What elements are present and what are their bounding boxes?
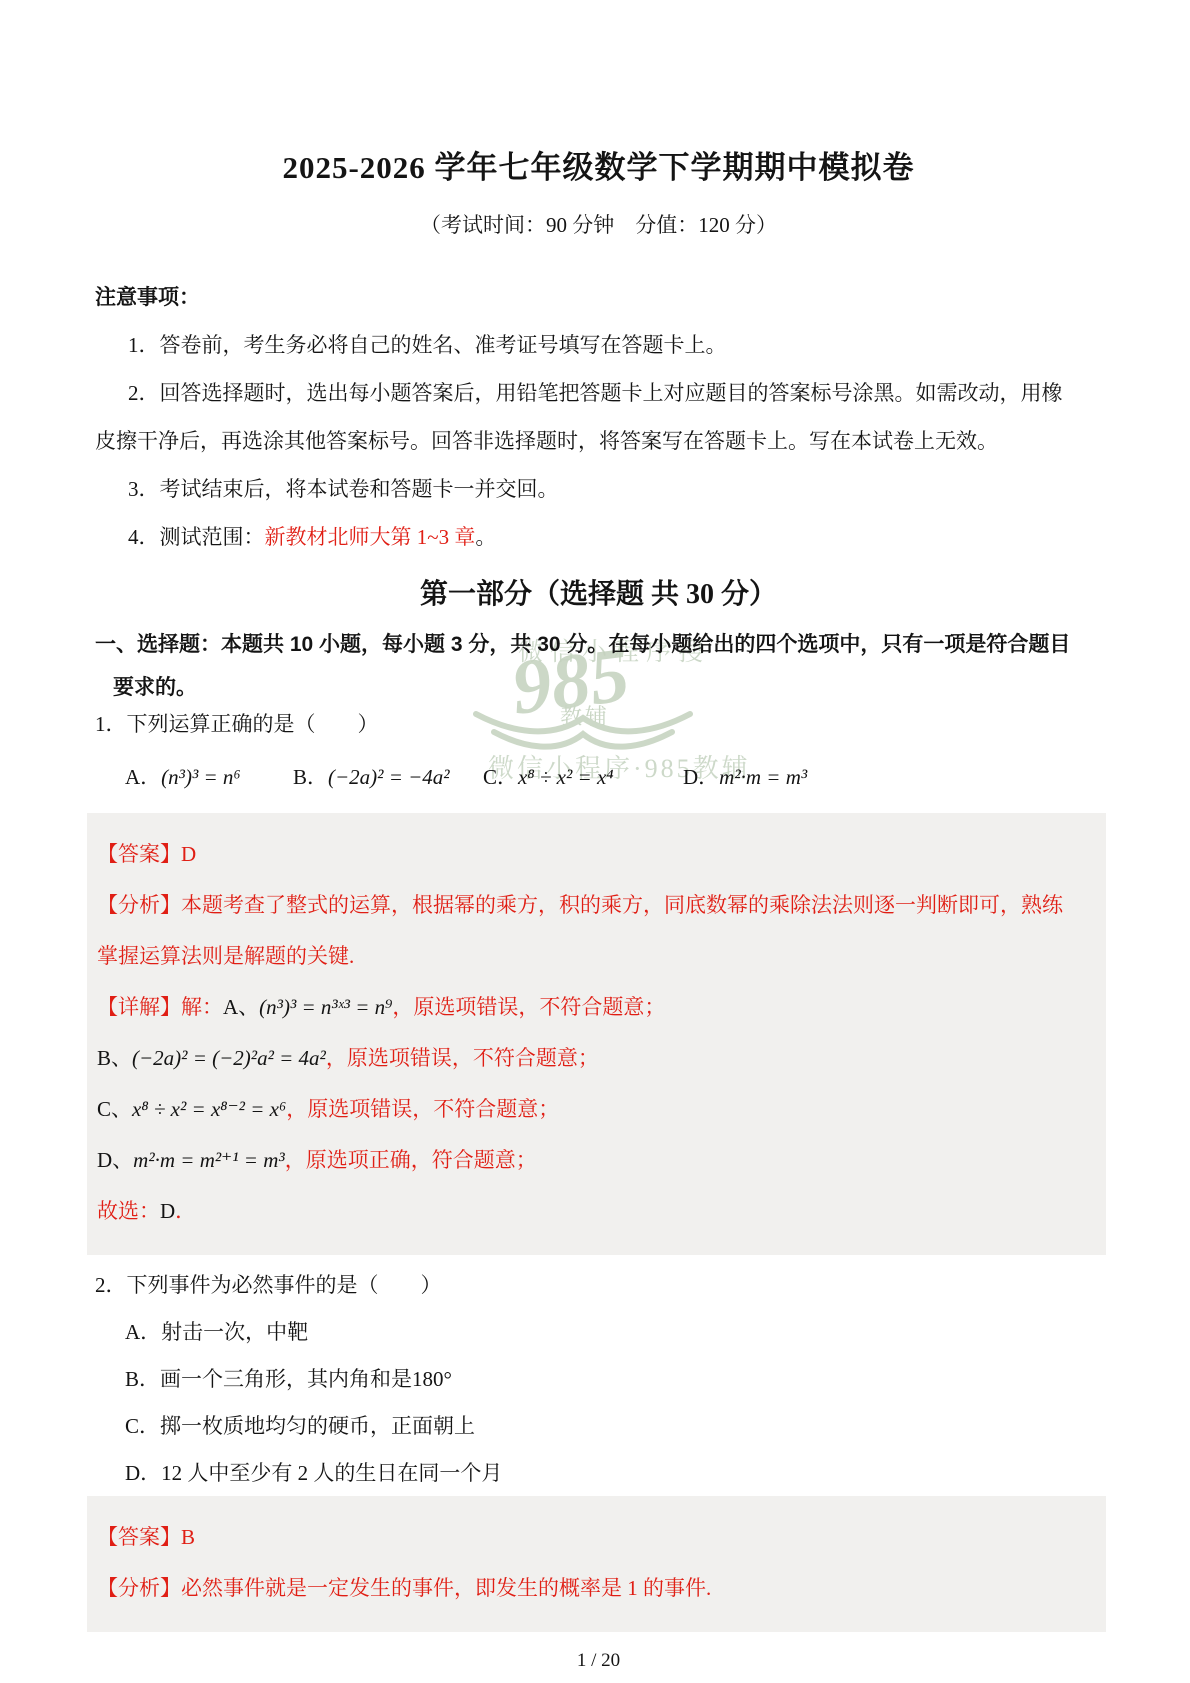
notice-item-4-suffix: 。 xyxy=(475,525,496,549)
page-title: 2025-2026 学年七年级数学下学期期中模拟卷 xyxy=(95,142,1102,187)
notice-item-1: 1．答卷前，考生务必将自己的姓名、准考证号填写在答题卡上。 xyxy=(95,331,1102,360)
detail-line-a: 【详解】解：A、(n³)³ = n³ˣ³ = n⁹，原选项错误，不符合题意； xyxy=(97,992,1094,1022)
analysis-text-1: 本题考查了整式的运算，根据幂的乘方，积的乘方，同底数幂的乘除法法则逐一判断即可，… xyxy=(181,893,1063,917)
option-d-label: D． xyxy=(683,765,719,789)
detail-b-formula: (−2a)² = (−2)²a² = 4a² xyxy=(132,1046,326,1070)
detail-c-comment: ，原选项错误，不符合题意； xyxy=(286,1097,559,1121)
option-a-label: A． xyxy=(125,765,161,789)
option-b: B．(−2a)² = −4a² xyxy=(293,761,450,791)
option-c-label: C． xyxy=(483,765,518,789)
detail-c-formula: x⁸ ÷ x² = x⁸⁻² = x⁶ xyxy=(132,1097,286,1121)
q2-answer-label: 【答案】 xyxy=(97,1525,181,1549)
detail-line-d: D、m²·m = m²⁺¹ = m³，原选项正确，符合题意； xyxy=(97,1145,1094,1175)
detail-line-b: B、(−2a)² = (−2)²a² = 4a²，原选项错误，不符合题意； xyxy=(97,1043,1094,1073)
document-content: 2025-2026 学年七年级数学下学期期中模拟卷 （考试时间：90 分钟 分值… xyxy=(0,142,1190,1672)
option-c: C．x⁸ ÷ x² = x⁴ xyxy=(483,761,614,791)
option-a-formula: (n³)³ = n⁶ xyxy=(161,765,241,789)
q2-answer-line: 【答案】B xyxy=(97,1522,1094,1552)
detail-d-option: D、 xyxy=(97,1148,133,1172)
q2-option-c-label: C． xyxy=(125,1414,160,1438)
q2-option-d: D．12 人中至少有 2 人的生日在同一个月 xyxy=(95,1459,1102,1488)
detail-d-formula: m²·m = m²⁺¹ = m³ xyxy=(133,1148,285,1172)
notices-heading: 注意事项： xyxy=(95,283,1102,312)
detail-d-comment: ，原选项正确，符合题意； xyxy=(285,1148,537,1172)
conclusion-period: ． xyxy=(175,1199,196,1223)
notice-item-4-scope: 新教材北师大第 1~3 章 xyxy=(265,525,476,549)
question-1-options: A．(n³)³ = n⁶ B．(−2a)² = −4a² C．x⁸ ÷ x² =… xyxy=(95,761,1102,801)
q2-option-a-label: A． xyxy=(125,1320,161,1344)
question-2-answer-block: 【答案】B 【分析】必然事件就是一定发生的事件，即发生的概率是 1 的事件. xyxy=(87,1496,1106,1632)
q2-option-b: B．画一个三角形，其内角和是180° xyxy=(95,1365,1102,1394)
conclusion-line: 故选：D． xyxy=(97,1196,1094,1226)
q2-option-c-text: 掷一枚质地均匀的硬币，正面朝上 xyxy=(160,1414,475,1438)
question-2-stem: 2．下列事件为必然事件的是（ ） xyxy=(95,1271,1102,1300)
detail-b-option: B、 xyxy=(97,1046,132,1070)
q2-analysis-line: 【分析】必然事件就是一定发生的事件，即发生的概率是 1 的事件. xyxy=(97,1573,1094,1603)
q2-option-a-text: 射击一次，中靶 xyxy=(161,1320,308,1344)
option-a: A．(n³)³ = n⁶ xyxy=(125,761,241,791)
conclusion-label: 故选： xyxy=(97,1199,160,1223)
q2-analysis-text: 必然事件就是一定发生的事件，即发生的概率是 1 的事件. xyxy=(181,1576,711,1600)
q2-analysis-label: 【分析】 xyxy=(97,1576,181,1600)
page-number: 1 / 20 xyxy=(95,1650,1102,1672)
analysis-line-2: 掌握运算法则是解题的关键. xyxy=(97,941,1094,971)
detail-label: 【详解】解： xyxy=(97,995,223,1019)
q2-option-a: A．射击一次，中靶 xyxy=(95,1318,1102,1347)
section-intro-line2: 要求的。 xyxy=(95,673,1102,702)
notice-item-4-prefix: 4．测试范围： xyxy=(128,525,265,549)
detail-c-option: C、 xyxy=(97,1097,132,1121)
answer-line: 【答案】D xyxy=(97,839,1094,869)
detail-line-c: C、x⁸ ÷ x² = x⁸⁻² = x⁶，原选项错误，不符合题意； xyxy=(97,1094,1094,1124)
detail-a-option: A、 xyxy=(223,995,259,1019)
conclusion-answer: D xyxy=(160,1199,175,1223)
option-c-formula: x⁸ ÷ x² = x⁴ xyxy=(518,765,614,789)
detail-b-comment: ，原选项错误，不符合题意； xyxy=(326,1046,599,1070)
q2-option-c: C．掷一枚质地均匀的硬币，正面朝上 xyxy=(95,1412,1102,1441)
detail-a-formula: (n³)³ = n³ˣ³ = n⁹ xyxy=(259,995,392,1019)
option-b-label: B． xyxy=(293,765,328,789)
option-d: D．m²·m = m³ xyxy=(683,761,807,791)
q2-answer-value: B xyxy=(181,1525,195,1549)
exam-info: （考试时间：90 分钟 分值：120 分） xyxy=(95,209,1102,239)
q2-option-d-label: D． xyxy=(125,1461,161,1485)
question-1-answer-block: 【答案】D 【分析】本题考查了整式的运算，根据幂的乘方，积的乘方，同底数幂的乘除… xyxy=(87,813,1106,1255)
exam-page: 微信小程序搜 985 教辅 微信小程序·985教辅 2025-2026 学年七年… xyxy=(0,0,1190,1683)
section-heading: 第一部分（选择题 共 30 分） xyxy=(95,572,1102,612)
option-d-formula: m²·m = m³ xyxy=(719,765,807,789)
notice-item-4: 4．测试范围：新教材北师大第 1~3 章。 xyxy=(95,523,1102,552)
q2-option-b-text: 画一个三角形，其内角和是180° xyxy=(160,1367,452,1391)
detail-a-comment: ，原选项错误，不符合题意； xyxy=(392,995,665,1019)
notice-item-2: 2．回答选择题时，选出每小题答案后，用铅笔把答题卡上对应题目的答案标号涂黑。如需… xyxy=(95,379,1102,408)
notice-item-2-cont: 皮擦干净后，再选涂其他答案标号。回答非选择题时，将答案写在答题卡上。写在本试卷上… xyxy=(95,427,1102,456)
q2-option-b-label: B． xyxy=(125,1367,160,1391)
answer-label: 【答案】 xyxy=(97,842,181,866)
analysis-line-1: 【分析】本题考查了整式的运算，根据幂的乘方，积的乘方，同底数幂的乘除法法则逐一判… xyxy=(97,890,1094,920)
analysis-label: 【分析】 xyxy=(97,893,181,917)
answer-value: D xyxy=(181,842,196,866)
section-intro-line1: 一、选择题：本题共 10 小题，每小题 3 分，共 30 分。在每小题给出的四个… xyxy=(95,630,1102,659)
notice-item-3: 3．考试结束后，将本试卷和答题卡一并交回。 xyxy=(95,475,1102,504)
question-1-stem: 1．下列运算正确的是（ ） xyxy=(95,710,1102,739)
option-b-formula: (−2a)² = −4a² xyxy=(328,765,450,789)
q2-option-d-text: 12 人中至少有 2 人的生日在同一个月 xyxy=(161,1461,502,1485)
